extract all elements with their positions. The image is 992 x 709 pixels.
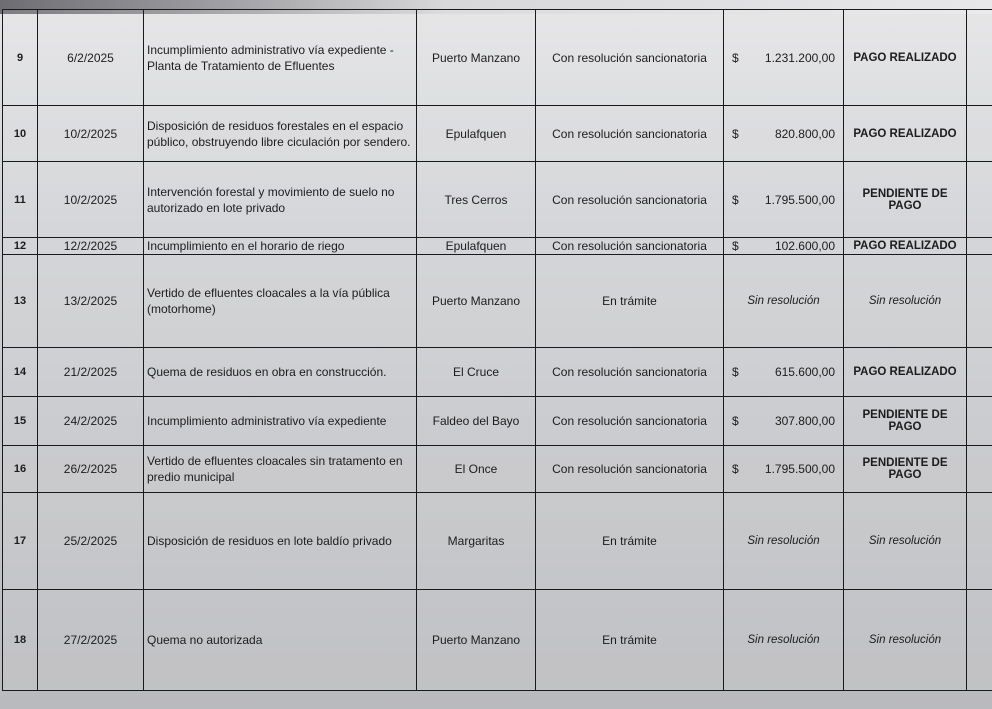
amount-value: 102.600,00 [775, 239, 835, 253]
table-row: 18 27/2/2025 Quema no autorizada Puerto … [3, 590, 992, 691]
row-description: Incumplimiento en el horario de riego [144, 238, 417, 255]
row-number: 14 [3, 348, 38, 397]
row-description: Disposición de residuos en lote baldío p… [144, 493, 417, 590]
amount-value: 307.800,00 [775, 414, 835, 428]
row-location: Puerto Manzano [417, 255, 536, 348]
row-description: Disposición de residuos forestales en el… [144, 106, 417, 162]
table-row: 10 10/2/2025 Disposición de residuos for… [3, 106, 992, 162]
row-number: 16 [3, 446, 38, 493]
row-date: 26/2/2025 [38, 446, 144, 493]
table-row: 13 13/2/2025 Vertido de efluentes cloaca… [3, 255, 992, 348]
amount-value: Sin resolución [747, 634, 819, 646]
table-row: 16 26/2/2025 Vertido de efluentes cloaca… [3, 446, 992, 493]
row-payment-status: PENDIENTE DE PAGO [844, 162, 967, 238]
row-payment-status: PAGO REALIZADO [844, 10, 967, 106]
row-description: Quema de residuos en obra en construcció… [144, 348, 417, 397]
row-status: Con resolución sancionatoria [536, 348, 724, 397]
row-status: Con resolución sancionatoria [536, 446, 724, 493]
row-location: Tres Cerros [417, 162, 536, 238]
row-date: 24/2/2025 [38, 397, 144, 446]
row-payment-status: Sin resolución [844, 493, 967, 590]
amount-value: Sin resolución [747, 535, 819, 547]
row-date: 6/2/2025 [38, 10, 144, 106]
row-location: El Cruce [417, 348, 536, 397]
row-amount: $ 307.800,00 [724, 397, 844, 446]
row-payment-status: Sin resolución [844, 255, 967, 348]
row-extra-cell [967, 348, 992, 397]
row-extra-cell [967, 255, 992, 348]
row-payment-status: PENDIENTE DE PAGO [844, 397, 967, 446]
row-amount: Sin resolución [724, 493, 844, 590]
row-amount: $ 615.600,00 [724, 348, 844, 397]
amount-value: Sin resolución [747, 295, 819, 307]
row-payment-status: Sin resolución [844, 590, 967, 691]
row-amount: $ 1.795.500,00 [724, 162, 844, 238]
row-extra-cell [967, 238, 992, 255]
currency-symbol: $ [732, 193, 739, 207]
table-row: 17 25/2/2025 Disposición de residuos en … [3, 493, 992, 590]
amount-value: 1.795.500,00 [765, 193, 835, 207]
row-amount: Sin resolución [724, 255, 844, 348]
row-date: 12/2/2025 [38, 238, 144, 255]
row-status: Con resolución sancionatoria [536, 106, 724, 162]
row-number: 12 [3, 238, 38, 255]
row-date: 10/2/2025 [38, 162, 144, 238]
row-location: Puerto Manzano [417, 10, 536, 106]
row-extra-cell [967, 397, 992, 446]
table-row: 9 6/2/2025 Incumplimiento administrativo… [3, 10, 992, 106]
row-extra-cell [967, 446, 992, 493]
row-description: Intervención forestal y movimiento de su… [144, 162, 417, 238]
table-row: 15 24/2/2025 Incumplimiento administrati… [3, 397, 992, 446]
row-description: Incumplimiento administrativo vía expedi… [144, 10, 417, 106]
table-row: 12 12/2/2025 Incumplimiento en el horari… [3, 238, 992, 255]
row-description: Incumplimiento administrativo vía expedi… [144, 397, 417, 446]
row-amount: $ 1.795.500,00 [724, 446, 844, 493]
infractions-table: 9 6/2/2025 Incumplimiento administrativo… [2, 9, 992, 691]
currency-symbol: $ [732, 365, 739, 379]
amount-value: 1.231.200,00 [765, 51, 835, 65]
row-number: 10 [3, 106, 38, 162]
row-amount: Sin resolución [724, 590, 844, 691]
row-number: 13 [3, 255, 38, 348]
row-payment-status: PAGO REALIZADO [844, 348, 967, 397]
row-number: 17 [3, 493, 38, 590]
row-date: 25/2/2025 [38, 493, 144, 590]
row-location: El Once [417, 446, 536, 493]
row-location: Faldeo del Bayo [417, 397, 536, 446]
row-number: 11 [3, 162, 38, 238]
row-status: En trámite [536, 590, 724, 691]
currency-symbol: $ [732, 414, 739, 428]
row-number: 18 [3, 590, 38, 691]
row-extra-cell [967, 493, 992, 590]
amount-value: 615.600,00 [775, 365, 835, 379]
row-location: Epulafquen [417, 106, 536, 162]
row-payment-status: PAGO REALIZADO [844, 106, 967, 162]
row-status: Con resolución sancionatoria [536, 10, 724, 106]
row-extra-cell [967, 10, 992, 106]
row-amount: $ 1.231.200,00 [724, 10, 844, 106]
amount-value: 820.800,00 [775, 127, 835, 141]
row-status: Con resolución sancionatoria [536, 238, 724, 255]
row-status: Con resolución sancionatoria [536, 162, 724, 238]
row-extra-cell [967, 590, 992, 691]
currency-symbol: $ [732, 127, 739, 141]
row-number: 9 [3, 10, 38, 106]
row-location: Epulafquen [417, 238, 536, 255]
row-description: Vertido de efluentes cloacales sin trata… [144, 446, 417, 493]
table-row: 11 10/2/2025 Intervención forestal y mov… [3, 162, 992, 238]
row-extra-cell [967, 162, 992, 238]
row-amount: $ 820.800,00 [724, 106, 844, 162]
row-number: 15 [3, 397, 38, 446]
row-date: 27/2/2025 [38, 590, 144, 691]
row-description: Quema no autorizada [144, 590, 417, 691]
currency-symbol: $ [732, 462, 739, 476]
row-extra-cell [967, 106, 992, 162]
table-row: 14 21/2/2025 Quema de residuos en obra e… [3, 348, 992, 397]
currency-symbol: $ [732, 239, 739, 253]
row-date: 21/2/2025 [38, 348, 144, 397]
row-description: Vertido de efluentes cloacales a la vía … [144, 255, 417, 348]
row-payment-status: PENDIENTE DE PAGO [844, 446, 967, 493]
row-status: En trámite [536, 255, 724, 348]
row-location: Puerto Manzano [417, 590, 536, 691]
row-amount: $ 102.600,00 [724, 238, 844, 255]
row-status: Con resolución sancionatoria [536, 397, 724, 446]
row-payment-status: PAGO REALIZADO [844, 238, 967, 255]
row-status: En trámite [536, 493, 724, 590]
row-date: 10/2/2025 [38, 106, 144, 162]
row-date: 13/2/2025 [38, 255, 144, 348]
row-location: Margaritas [417, 493, 536, 590]
currency-symbol: $ [732, 51, 739, 65]
amount-value: 1.795.500,00 [765, 462, 835, 476]
